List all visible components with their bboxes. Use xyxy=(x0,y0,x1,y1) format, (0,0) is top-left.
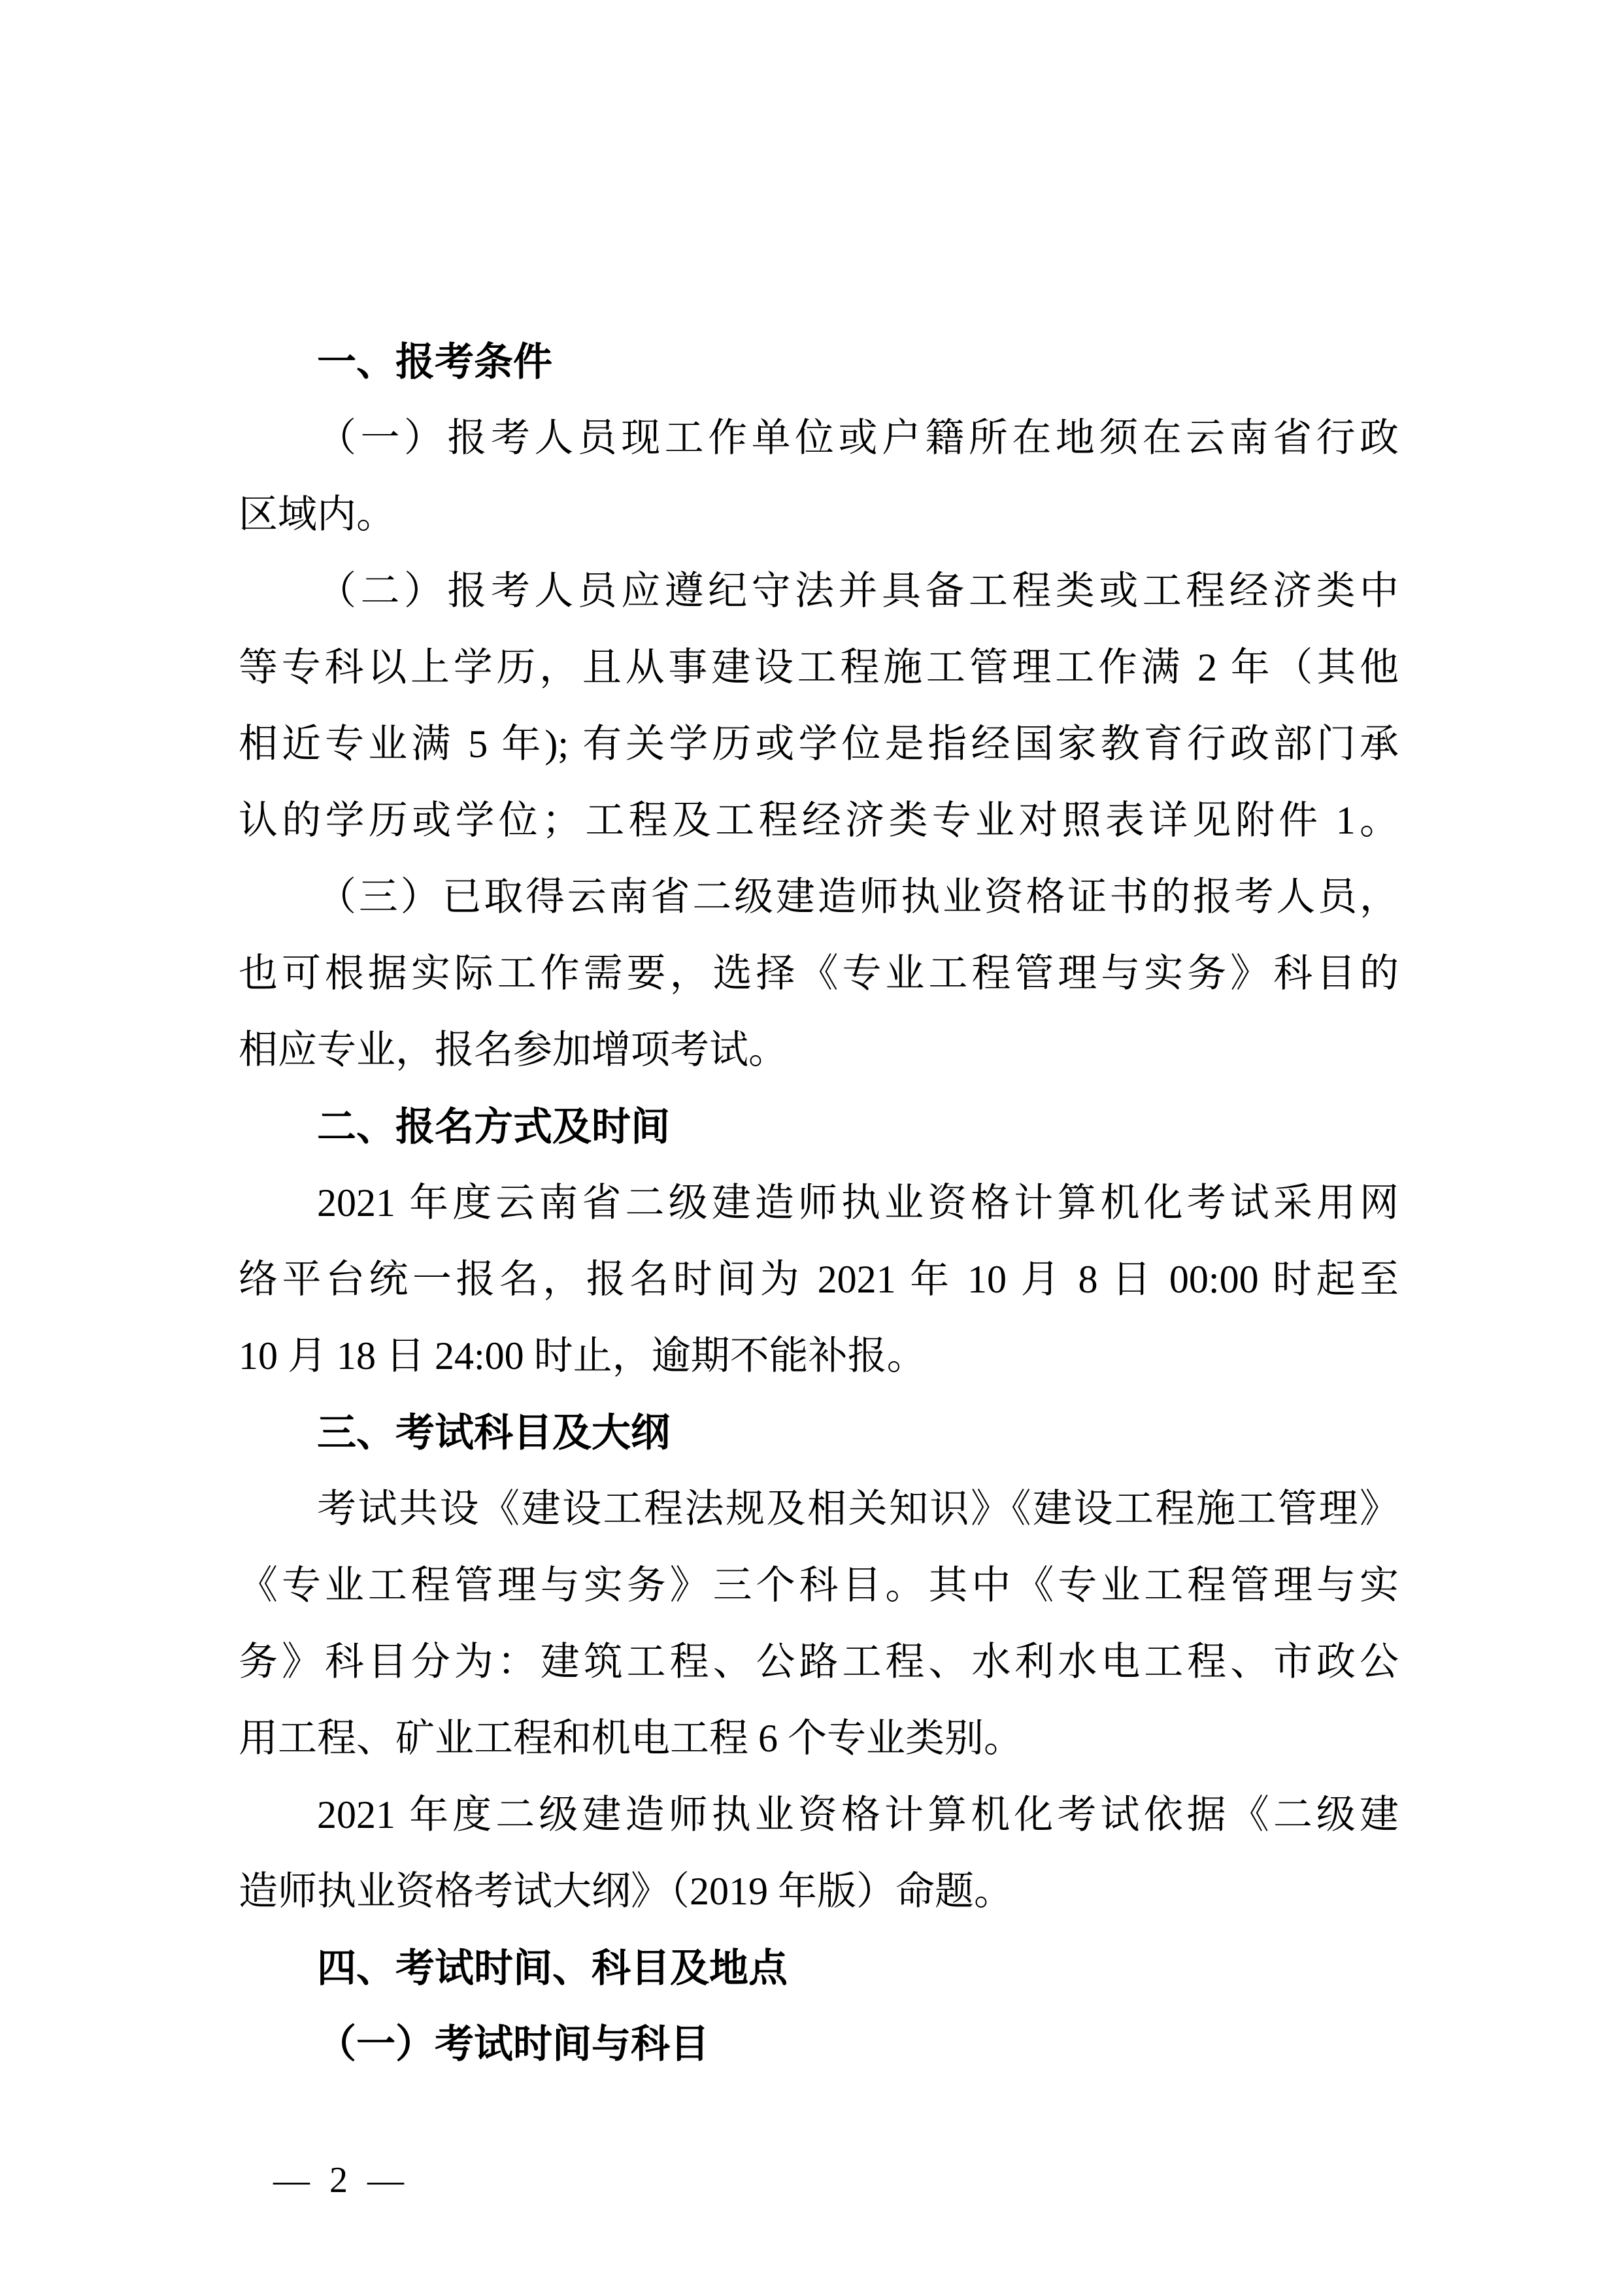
paragraph-line: 2021 年度二级建造师执业资格计算机化考试依据《二级建 xyxy=(239,1777,1399,1853)
paragraph-line: （三）已取得云南省二级建造师执业资格证书的报考人员， xyxy=(239,859,1399,936)
paragraph-line: 认的学历或学位；工程及工程经济类专业对照表详见附件 1。 xyxy=(239,783,1399,859)
page-number: — 2 — xyxy=(273,2142,409,2219)
section-heading-2: 二、报名方式及时间 xyxy=(239,1089,1399,1165)
paragraph-line: 也可根据实际工作需要，选择《专业工程管理与实务》科目的 xyxy=(239,936,1399,1012)
subsection-heading: （一）考试时间与科目 xyxy=(239,2006,1399,2083)
section-heading-1: 一、报考条件 xyxy=(239,324,1399,400)
paragraph-line: 考试共设《建设工程法规及相关知识》《建设工程施工管理》 xyxy=(239,1471,1399,1547)
paragraph-line: 区域内。 xyxy=(239,477,1399,553)
paragraph-line: 相应专业，报名参加增项考试。 xyxy=(239,1012,1399,1089)
paragraph-line: 等专科以上学历，且从事建设工程施工管理工作满 2 年（其他 xyxy=(239,630,1399,706)
section-heading-3: 三、考试科目及大纲 xyxy=(239,1394,1399,1471)
section-heading-4: 四、考试时间、科目及地点 xyxy=(239,1930,1399,2006)
document-body: 一、报考条件 （一）报考人员现工作单位或户籍所在地须在云南省行政 区域内。 （二… xyxy=(239,324,1399,2083)
paragraph-line: 相近专业满 5 年); 有关学历或学位是指经国家教育行政部门承 xyxy=(239,706,1399,783)
paragraph-line: 务》科目分为：建筑工程、公路工程、水利水电工程、市政公 xyxy=(239,1624,1399,1700)
paragraph-line: 络平台统一报名，报名时间为 2021 年 10 月 8 日 00:00 时起至 xyxy=(239,1241,1399,1318)
paragraph-line: （一）报考人员现工作单位或户籍所在地须在云南省行政 xyxy=(239,400,1399,477)
paragraph-line: （二）报考人员应遵纪守法并具备工程类或工程经济类中 xyxy=(239,553,1399,630)
paragraph-line: 用工程、矿业工程和机电工程 6 个专业类别。 xyxy=(239,1700,1399,1777)
paragraph-line: 10 月 18 日 24:00 时止，逾期不能补报。 xyxy=(239,1318,1399,1394)
document-page: 一、报考条件 （一）报考人员现工作单位或户籍所在地须在云南省行政 区域内。 （二… xyxy=(0,0,1621,2296)
paragraph-line: 造师执业资格考试大纲》（2019 年版）命题。 xyxy=(239,1853,1399,1930)
paragraph-line: 2021 年度云南省二级建造师执业资格计算机化考试采用网 xyxy=(239,1165,1399,1241)
paragraph-line: 《专业工程管理与实务》三个科目。其中《专业工程管理与实 xyxy=(239,1547,1399,1624)
